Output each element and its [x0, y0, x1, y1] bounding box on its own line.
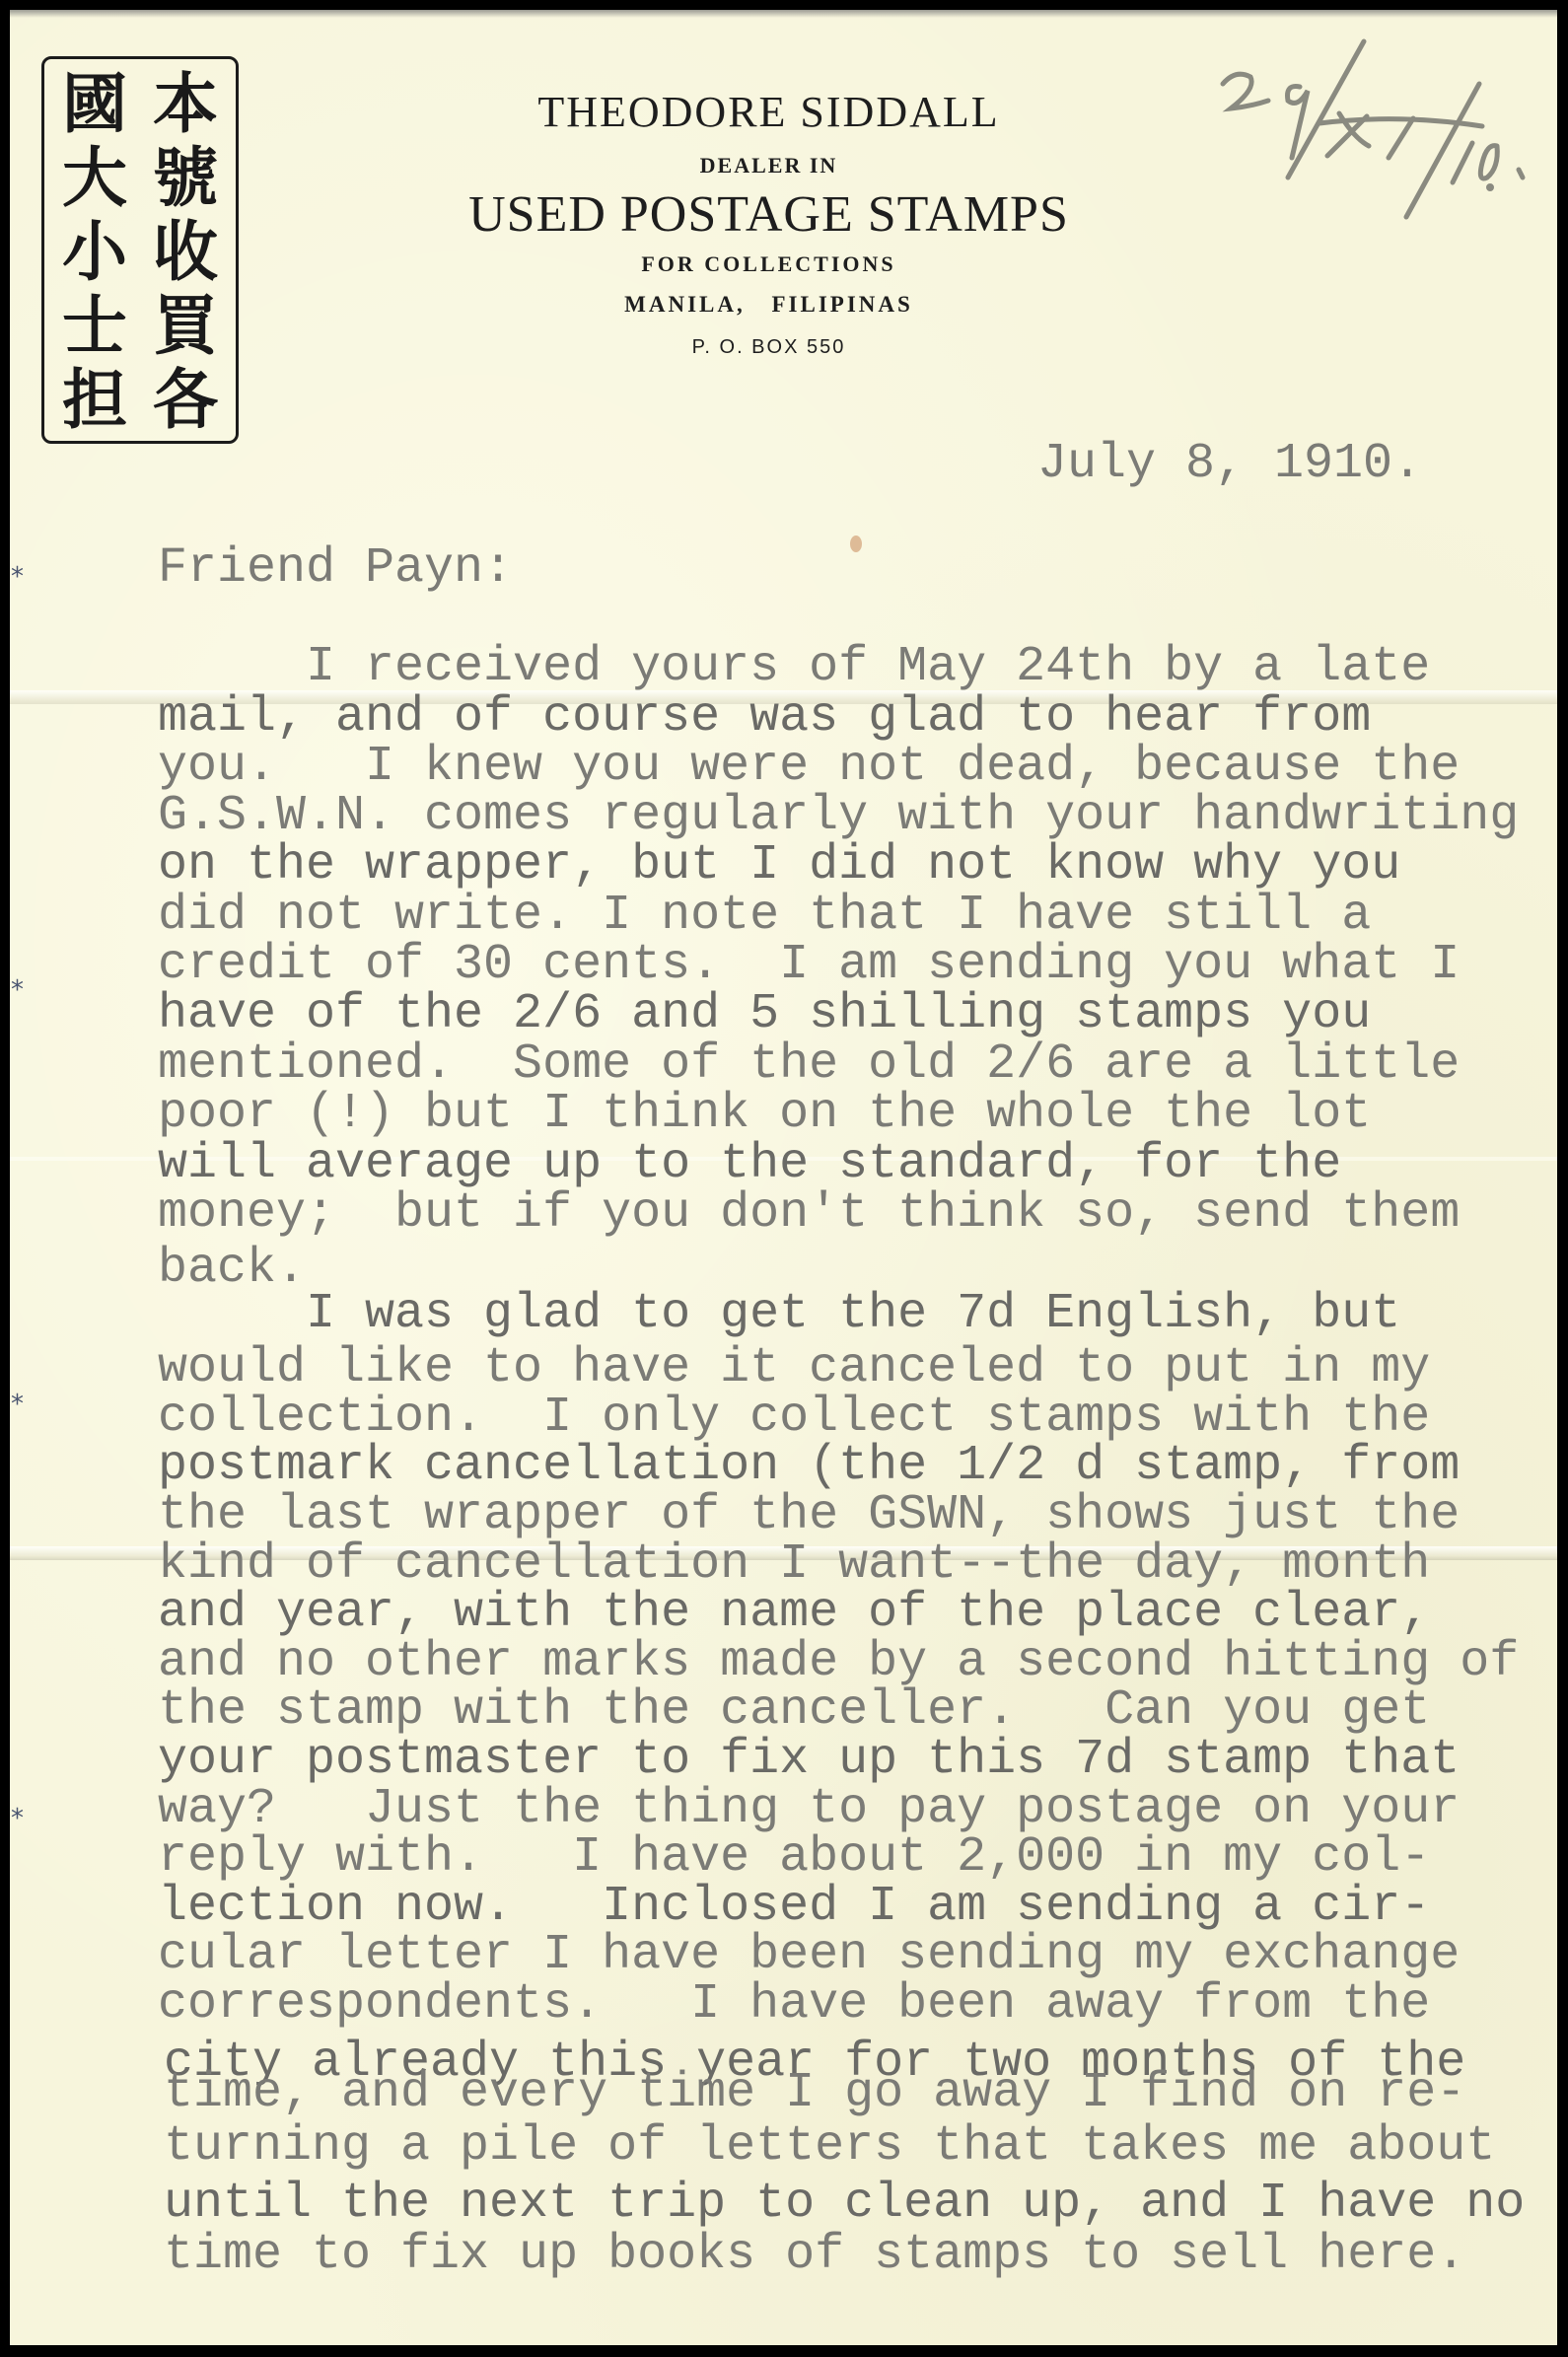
- letter-salutation: Friend Payn:: [158, 544, 513, 594]
- letter-body-line: collection. I only collect stamps with t…: [158, 1393, 1430, 1443]
- letter-body-line: and year, with the name of the place cle…: [158, 1589, 1430, 1638]
- asterisk-icon: *: [11, 1392, 24, 1417]
- letter-body-line: poor (!) but I think on the whole the lo…: [158, 1090, 1371, 1139]
- letter-body-line: reply with. I have about 2,000 in my col…: [158, 1833, 1430, 1883]
- letter-body-line: cular letter I have been sending my exch…: [158, 1931, 1460, 1980]
- letter-body-line: I received yours of May 24th by a late: [158, 643, 1430, 692]
- seal-char: 各: [153, 363, 218, 437]
- letter-date: July 8, 1910.: [1037, 440, 1422, 489]
- letter-body-line: you. I knew you were not dead, because t…: [158, 743, 1460, 792]
- letter-body-line: money; but if you don't think so, send t…: [158, 1189, 1460, 1239]
- letter-body-line: time, and every time I go away I find on…: [164, 2069, 1465, 2118]
- letter-body-line: have of the 2/6 and 5 shilling stamps yo…: [158, 990, 1371, 1039]
- letter-body-line: turning a pile of letters that takes me …: [164, 2122, 1495, 2172]
- letter-body-line: I was glad to get the 7d English, but: [158, 1290, 1400, 1339]
- asterisk-icon: *: [11, 1806, 24, 1831]
- letterhead-location: MANILA, FILIPINAS: [10, 292, 1542, 318]
- paper-stain: [850, 536, 862, 552]
- handwritten-date-note: 29/XI/10.: [1211, 30, 1527, 227]
- letter-body-line: kind of cancellation I want--the day, mo…: [158, 1540, 1430, 1590]
- asterisk-icon: *: [11, 977, 24, 1003]
- letterhead-for-collections: FOR COLLECTIONS: [10, 251, 1542, 277]
- letter-body-line: would like to have it canceled to put in…: [158, 1344, 1430, 1393]
- letter-body-line: the last wrapper of the GSWN, shows just…: [158, 1491, 1460, 1540]
- scan-edge-shadow: [10, 10, 1557, 18]
- letter-body-line: did not write. I note that I have still …: [158, 892, 1371, 941]
- letter-body-line: time to fix up books of stamps to sell h…: [164, 2231, 1465, 2280]
- letterhead-po-box: P. O. BOX 550: [10, 336, 1542, 359]
- letter-body-line: mentioned. Some of the old 2/6 are a lit…: [158, 1040, 1460, 1090]
- letter-body-line: the stamp with the canceller. Can you ge…: [158, 1686, 1430, 1736]
- letter-body-line: credit of 30 cents. I am sending you wha…: [158, 941, 1460, 990]
- seal-char: 担: [62, 363, 127, 437]
- letter-body-line: way? Just the thing to pay postage on yo…: [158, 1785, 1460, 1834]
- letter-body-line: your postmaster to fix up this 7d stamp …: [158, 1736, 1460, 1785]
- letter-body-line: postmark cancellation (the 1/2 d stamp, …: [158, 1442, 1460, 1491]
- letter-page: 本 號 收 買 各 國 大 小 士 担 THEODORE SIDDALL DEA…: [10, 10, 1557, 2345]
- asterisk-icon: *: [11, 564, 24, 590]
- letter-body-line: lection now. Inclosed I am sending a cir…: [158, 1883, 1430, 1932]
- letter-body-line: until the next trip to clean up, and I h…: [164, 2179, 1525, 2229]
- letter-body-line: on the wrapper, but I did not know why y…: [158, 841, 1400, 891]
- letter-body-line: mail, and of course was glad to hear fro…: [158, 693, 1371, 743]
- letter-body-line: and no other marks made by a second hitt…: [158, 1638, 1519, 1687]
- letter-body-line: correspondents. I have been away from th…: [158, 1980, 1430, 2030]
- letter-body-line: will average up to the standard, for the: [158, 1140, 1341, 1189]
- letter-body-line: G.S.W.N. comes regularly with your handw…: [158, 792, 1519, 841]
